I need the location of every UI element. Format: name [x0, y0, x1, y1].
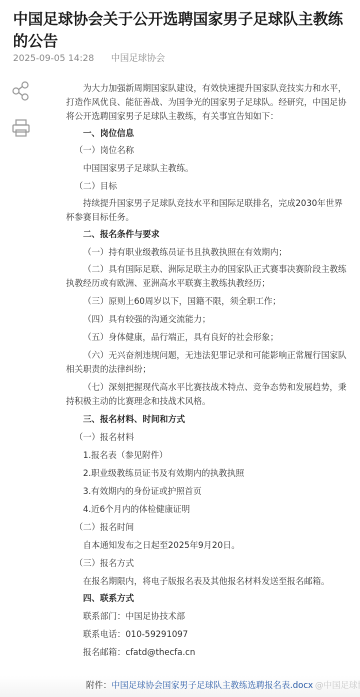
requirement-item: （三）原则上60周岁以下，国籍不限，须全职工作； — [66, 295, 350, 309]
section-1-subtitle-2: （二）目标 — [66, 180, 350, 194]
article-body: 为大力加强新周期国家队建设，有效快速提升国家队竞技实力和水平，打造作风优良、能征… — [66, 82, 350, 660]
section-4-title: 四、联系方式 — [66, 592, 350, 606]
intro-paragraph: 为大力加强新周期国家队建设，有效快速提升国家队竞技实力和水平，打造作风优良、能征… — [66, 82, 350, 124]
contact-email: 报名邮箱：cfatd@thecfa.cn — [66, 646, 350, 660]
section-1-text-2: 持续提升国家男子足球队竞技水平和国际足联排名，完成2030年世界杯参赛目标任务。 — [66, 197, 350, 225]
attachment-link[interactable]: 中国足球协会国家男子足球队主教练选聘报名表.docx — [112, 681, 314, 691]
section-3-subtitle-1: （一）报名材料 — [66, 431, 350, 445]
requirement-item: （四）具有较强的沟通交流能力； — [66, 313, 350, 327]
requirement-item: （六）无兴奋剂违规问题，无违法犯罪记录和可能影响正常履行国家队相关职责的法律纠纷… — [66, 349, 350, 377]
section-3-text-3: 在报名期限内，将电子版报名表及其他报名材料发送至报名邮箱。 — [66, 575, 350, 589]
watermark: @中国足球协会 — [315, 681, 360, 691]
print-icon[interactable] — [10, 117, 32, 139]
contact-phone: 联系电话：010-59291097 — [66, 628, 350, 642]
section-3-title: 三、报名材料、时间和方式 — [66, 413, 350, 427]
contact-value[interactable]: cfatd@thecfa.cn — [126, 648, 196, 658]
material-item: 4.近6个月内的体检健康证明 — [66, 503, 350, 517]
section-2-title: 二、报名条件与要求 — [66, 228, 350, 242]
section-3-subtitle-3: （三）报名方式 — [66, 557, 350, 571]
section-1-subtitle-1: （一）岗位名称 — [66, 144, 350, 158]
material-item: 3.有效期内的身份证或护照首页 — [66, 485, 350, 499]
section-1-text-1: 中国国家男子足球队主教练。 — [66, 162, 350, 176]
section-3-text-2: 自本通知发布之日起至2025年9月20日。 — [66, 539, 350, 553]
contact-value: 010-59291097 — [126, 630, 189, 640]
section-1-title: 一、岗位信息 — [66, 127, 350, 141]
publish-datetime: 2025-09-05 14:28 — [13, 54, 94, 64]
share-icon[interactable] — [10, 80, 32, 102]
material-item: 2.职业级教练员证书及有效期内的执教执照 — [66, 467, 350, 481]
contact-department: 联系部门：中国足协技术部 — [66, 610, 350, 624]
article-title: 中国足球协会关于公开选聘国家男子足球队主教练的公告 — [13, 8, 348, 52]
contact-label: 联系电话： — [83, 630, 126, 640]
requirement-item: （一）持有职业级教练员证书且执教执照在有效期内； — [66, 246, 350, 260]
side-toolbar — [10, 80, 34, 154]
requirement-item: （五）身体健康，品行端正，具有良好的社会形象； — [66, 331, 350, 345]
contact-label: 报名邮箱： — [83, 648, 126, 658]
contact-value: 中国足协技术部 — [126, 612, 186, 622]
section-3-subtitle-2: （二）报名时间 — [66, 521, 350, 535]
attachment-bar: 附件：中国足球协会国家男子足球队主教练选聘报名表.docx@中国足球协会 — [0, 676, 360, 697]
attachment-label: 附件： — [86, 681, 112, 691]
requirement-item: （七）深刻把握现代高水平比赛技战术特点、竞争态势和发展趋势，秉持积极主动的比赛理… — [66, 381, 350, 409]
article-source: 中国足球协会 — [111, 54, 165, 64]
material-item: 1.报名表（参见附件） — [66, 449, 350, 463]
requirement-item: （二）具有国际足联、洲际足联主办的国家队正式赛事决赛阶段主教练执教经历或有欧洲、… — [66, 263, 350, 291]
contact-label: 联系部门： — [83, 612, 126, 622]
article-meta: 2025-09-05 14:28 中国足球协会 — [13, 51, 165, 64]
